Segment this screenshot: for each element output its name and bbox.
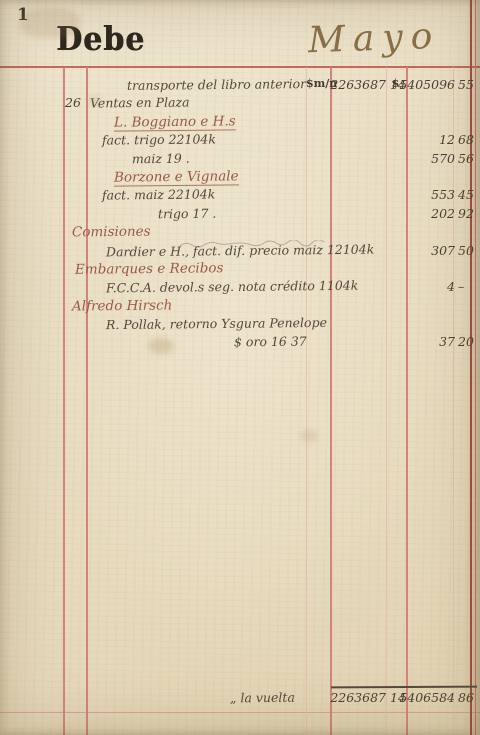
cents-column-2: – (455, 279, 470, 297)
currency-symbol-1 (306, 169, 330, 187)
amount-column-1: 2263687 (330, 77, 386, 95)
cents-column-1 (386, 243, 406, 261)
amount-column-2: 307 (406, 243, 455, 261)
footer-amount-2-value: 5406584 (399, 690, 455, 705)
cents-column-1 (386, 206, 406, 224)
amount-2-value: 553 (431, 187, 455, 205)
footer-amount-2: 5406584 (406, 690, 455, 705)
cents-column-1 (386, 224, 406, 242)
entry-description-cell: fact. maiz 22104k (86, 187, 306, 205)
ledger-row: Dardier e H., fact. dif. precio maiz 121… (0, 243, 480, 261)
ledger-row: maiz 19 . 570 56 (0, 151, 480, 169)
page-number: 1 (17, 5, 29, 25)
entry-description: Embarques e Recibos (75, 260, 224, 278)
entry-date (0, 334, 86, 352)
entry-date (0, 316, 86, 334)
cents-column-2 (455, 298, 470, 316)
amount-column-1 (330, 206, 386, 224)
currency-symbol-1 (306, 187, 330, 205)
footer-amount-1: 2263687 (330, 690, 386, 705)
amount-column-2: 12 (406, 132, 455, 150)
paper-stain (300, 430, 318, 442)
currency-symbol-1 (306, 95, 330, 113)
ledger-row: fact. maiz 22104k 553 45 (0, 187, 480, 205)
cents-column-2 (455, 224, 470, 242)
amount-column-2: 37 (406, 334, 455, 352)
amount-column-2 (406, 298, 455, 316)
amount-column-1 (330, 334, 386, 352)
amount-column-2 (406, 261, 455, 279)
cents-column-1 (386, 334, 406, 352)
cents-column-2 (455, 261, 470, 279)
ledger-row: fact. trigo 22104k 12 68 (0, 132, 480, 150)
top-rule-line (0, 66, 480, 68)
cents-column-2 (455, 316, 470, 334)
currency-symbol-2: $ (392, 77, 400, 95)
entry-description-cell: $ oro 16 37 (86, 334, 306, 352)
cents-column-2 (455, 169, 470, 187)
entry-date (0, 114, 86, 132)
amount-column-2: $5405096 (406, 77, 455, 95)
cents-column-2 (455, 114, 470, 132)
amount-2-value: 202 (431, 206, 455, 224)
entry-description-cell: Comisiones (86, 224, 306, 242)
entry-date (0, 206, 86, 224)
cents-column-2: 50 (455, 243, 470, 261)
footer-cents-2: 86 (455, 690, 470, 705)
entry-description: Dardier e H., fact. dif. precio maiz 121… (106, 241, 374, 259)
footer-ref (306, 690, 330, 705)
entry-date (0, 279, 86, 297)
cents-column-2: 55 (455, 77, 470, 95)
debit-header: Debe (56, 21, 145, 59)
amount-column-2 (406, 95, 455, 113)
cents-column-2: 92 (455, 206, 470, 224)
cents-column-1 (386, 169, 406, 187)
currency-symbol-1 (306, 261, 330, 279)
currency-symbol-1 (306, 334, 330, 352)
cents-column-1 (386, 261, 406, 279)
currency-symbol-1 (306, 114, 330, 132)
entry-description-cell: Ventas en Plaza (86, 95, 306, 113)
ledger-row: 26 Ventas en Plaza (0, 95, 480, 113)
amount-column-2: 4 (406, 279, 455, 297)
amount-2-value: 5405096 (399, 77, 455, 95)
entry-date (0, 132, 86, 150)
cents-column-2 (455, 95, 470, 113)
carry-forward-row: „ la vuelta 2263687 14 5406584 86 (0, 690, 480, 705)
ledger-row: L. Boggiano e H.s (0, 114, 480, 132)
month-title: Mayo (307, 16, 441, 62)
entry-description: fact. maiz 22104k (102, 187, 215, 203)
entry-description: Alfredo Hirsch (72, 297, 172, 314)
currency-symbol-1 (306, 298, 330, 316)
ledger-row: Embarques e Recibos (0, 261, 480, 279)
entry-description: fact. trigo 22104k (102, 132, 216, 148)
entry-description: Comisiones (72, 224, 151, 241)
entry-date (0, 187, 86, 205)
bottom-rule-line (0, 712, 480, 713)
amount-column-2 (406, 224, 455, 242)
entry-description-cell: trigo 17 . (86, 206, 306, 224)
entry-description-cell: Alfredo Hirsch (86, 298, 306, 316)
entry-date (0, 169, 86, 187)
amount-column-2: 570 (406, 151, 455, 169)
amount-column-2 (406, 114, 455, 132)
entry-description: R. Pollak, retorno Ysgura Penelope (106, 315, 327, 332)
entry-description-cell: F.C.C.A. devol.s seg. nota crédito 1104k (86, 279, 306, 297)
footer-label-cell: „ la vuelta (86, 690, 306, 705)
currency-symbol-1 (306, 224, 330, 242)
amount-2-value: 12 (439, 132, 455, 150)
ledger-row: Borzone e Vignale (0, 169, 480, 187)
cents-column-1 (386, 298, 406, 316)
entry-description-cell: fact. trigo 22104k (86, 132, 306, 150)
amount-column-1 (330, 224, 386, 242)
ledger-row: trigo 17 . 202 92 (0, 206, 480, 224)
cents-column-1 (386, 279, 406, 297)
entry-description-cell: R. Pollak, retorno Ysgura Penelope (86, 316, 306, 334)
cents-column-2: 68 (455, 132, 470, 150)
entry-date (0, 243, 86, 261)
amount-column-1 (330, 151, 386, 169)
ledger-row: Comisiones (0, 224, 480, 242)
entry-description: Borzone e Vignale (114, 168, 239, 186)
entry-description: maiz 19 . (132, 150, 190, 166)
cents-column-1 (386, 95, 406, 113)
ledger-page-scan: 1 Debe Mayo transporte del libro anterio… (0, 0, 480, 735)
entry-date (0, 261, 86, 279)
amount-column-1 (330, 114, 386, 132)
entry-description: transporte del libro anterior (127, 76, 306, 93)
currency-symbol-1: $m/n (306, 77, 330, 95)
amount-2-value: 4 (447, 279, 455, 297)
currency-symbol-1 (306, 151, 330, 169)
amount-column-2: 553 (406, 187, 455, 205)
entry-description: trigo 17 . (158, 205, 217, 221)
entry-description-cell: maiz 19 . (86, 151, 306, 169)
cents-column-2: 56 (455, 151, 470, 169)
entry-description-cell: L. Boggiano e H.s (86, 114, 306, 132)
ledger-row: F.C.C.A. devol.s seg. nota crédito 1104k… (0, 279, 480, 297)
entry-description: $ oro 16 37 (234, 334, 307, 350)
amount-column-1 (330, 187, 386, 205)
cents-column-2: 45 (455, 187, 470, 205)
entries: transporte del libro anterior $m/n 22636… (0, 77, 480, 353)
entry-description: F.C.C.A. devol.s seg. nota crédito 1104k (106, 278, 358, 296)
ledger-row: $ oro 16 37 37 20 (0, 334, 480, 352)
amount-2-value: 570 (431, 151, 455, 169)
entry-date (0, 77, 86, 95)
amount-column-2 (406, 169, 455, 187)
entry-description: L. Boggiano e H.s (114, 113, 236, 131)
cents-column-1 (386, 151, 406, 169)
cents-column-1 (386, 114, 406, 132)
carry-forward-label: „ la vuelta (230, 690, 295, 706)
entry-description-cell: Embarques e Recibos (86, 261, 306, 279)
entry-description-cell: Dardier e H., fact. dif. precio maiz 121… (86, 243, 306, 261)
cents-column-1 (386, 187, 406, 205)
entry-description-cell: Borzone e Vignale (86, 169, 306, 187)
entry-description: Ventas en Plaza (90, 95, 190, 111)
cents-column-1 (386, 316, 406, 334)
amount-column-1 (330, 261, 386, 279)
amount-2-value: 37 (439, 334, 455, 352)
amount-column-1 (330, 132, 386, 150)
entry-description-cell: transporte del libro anterior (86, 77, 306, 95)
ledger-row: R. Pollak, retorno Ysgura Penelope (0, 316, 480, 334)
amount-column-1 (330, 169, 386, 187)
footer-date (0, 690, 86, 705)
amount-column-2: 202 (406, 206, 455, 224)
cents-column-2: 20 (455, 334, 470, 352)
cents-column-1 (386, 132, 406, 150)
totals-sum-line (331, 686, 477, 689)
amount-2-value: 307 (431, 243, 455, 261)
entry-date: 26 (0, 95, 86, 113)
entry-date (0, 151, 86, 169)
amount-column-1 (330, 298, 386, 316)
amount-column-1 (330, 95, 386, 113)
amount-column-2 (406, 316, 455, 334)
ledger-row: transporte del libro anterior $m/n 22636… (0, 77, 480, 95)
currency-symbol-1 (306, 132, 330, 150)
currency-symbol-1 (306, 206, 330, 224)
amount-column-1 (330, 316, 386, 334)
ledger-row: Alfredo Hirsch (0, 298, 480, 316)
